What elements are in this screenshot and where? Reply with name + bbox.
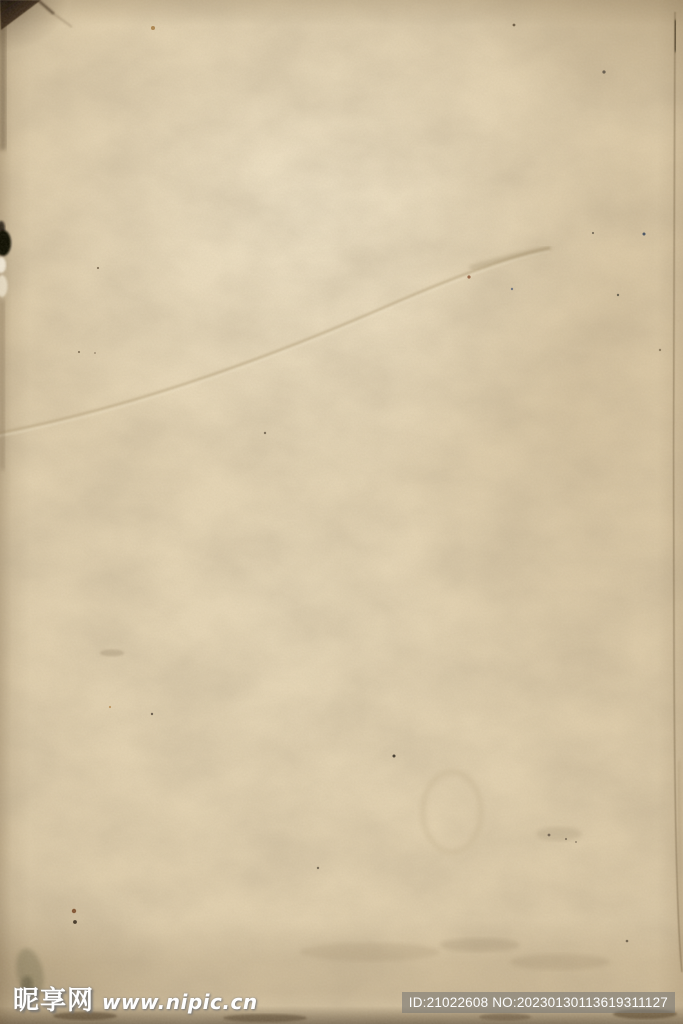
paper-grain-light bbox=[0, 0, 683, 1024]
paper-decor-layer bbox=[0, 0, 683, 1024]
watermark-site-url: www.nipic.cn bbox=[102, 990, 258, 1014]
watermark-id-badge: ID:21022608 NO:20230130113619311127 bbox=[402, 992, 675, 1013]
watermark-site-name: 昵享网 bbox=[13, 980, 94, 1017]
aged-paper-photo: 昵享网 www.nipic.cn ID:21022608 NO:20230130… bbox=[0, 0, 683, 1024]
watermark-logo: 昵享网 www.nipic.cn bbox=[13, 980, 258, 1017]
